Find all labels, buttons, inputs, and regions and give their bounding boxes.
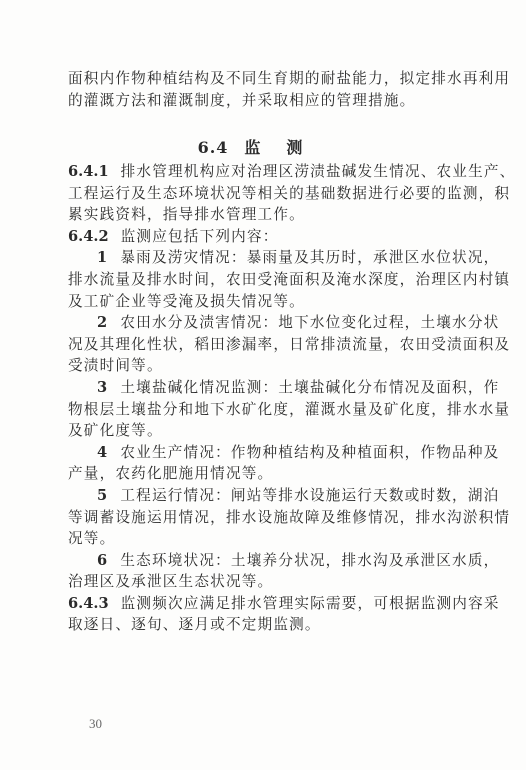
paragraph-line: 土壤盐碱化情况监测：土壤盐碱化分布情况及面积，作 [120,379,499,396]
clause-number: 6.4.3 [68,595,109,612]
list-item: 4农业生产情况：作物种植结构及种植面积，作物品种及 产量，农药化肥施用情况等。 [68,442,460,485]
list-item: 2农田水分及渍害情况：地下水位变化过程，土壤水分状 况及其理化性状，稻田渗漏率，… [68,312,460,377]
item-number: 4 [97,444,108,461]
paragraph-line: 况等。 [68,528,460,550]
clause-number: 6.4.2 [68,228,109,245]
section-title: 监测 [244,138,328,157]
paragraph-line: 况及其理化性状，稻田渗漏率，日常排渍流量，农田受渍面积及 [68,334,460,356]
paragraph-line: 受渍时间等。 [68,355,460,377]
paragraph-line: 暴雨及涝灾情况：暴雨量及其历时，承泄区水位状况， [120,249,499,266]
list-item: 5工程运行情况：闸站等排水设施运行天数或时数，湖泊 等调蓄设施运用情况，排水设施… [68,485,460,550]
paragraph-line: 生态环境状况：土壤养分状况，排水沟及承泄区水质， [120,552,499,569]
list-item: 1暴雨及涝灾情况：暴雨量及其历时，承泄区水位状况， 排水流量及排水时间，农田受淹… [68,247,460,312]
paragraph-line: 排水管理机构应对治理区涝渍盐碱发生情况、农业生产、 [121,163,516,180]
paragraph-line: 的灌溉方法和灌溉制度，并采取相应的管理措施。 [68,90,460,112]
paragraph-line: 累实践资料，指导排水管理工作。 [68,204,460,226]
paragraph-line: 等调蓄设施运用情况，排水设施故障及维修情况，排水沟淤积情 [68,507,460,529]
list-item: 3土壤盐碱化情况监测：土壤盐碱化分布情况及面积，作 物根层土壤盐分和地下水矿化度… [68,377,460,442]
page-number: 30 [89,716,102,732]
paragraph-line: 及工矿企业等受淹及损失情况等。 [68,291,460,313]
clause-lead: 监测应包括下列内容： [121,228,279,245]
paragraph-line: 治理区及承泄区生态状况等。 [68,571,460,593]
section-heading: 6.4监测 [0,135,526,158]
paragraph-line: 取逐日、逐旬、逐月或不定期监测。 [68,614,460,636]
paragraph-line: 物根层土壤盐分和地下水矿化度，灌溉水量及矿化度，排水水量 [68,399,460,421]
item-number: 1 [97,249,108,266]
clause-6-4-3: 6.4.3监测频次应满足排水管理实际需要，可根据监测内容采 取逐日、逐旬、逐月或… [68,593,460,636]
paragraph-line: 及矿化度等。 [68,420,460,442]
clause-6-4-1: 6.4.1排水管理机构应对治理区涝渍盐碱发生情况、农业生产、 工程运行及生态环境… [68,161,460,226]
item-number: 3 [97,379,108,396]
paragraph-line: 面积内作物种植结构及不同生育期的耐盐能力，拟定排水再利用 [68,68,460,90]
clause-number: 6.4.1 [68,163,109,180]
item-number: 2 [97,314,108,331]
section-number: 6.4 [198,138,229,157]
paragraph-line: 工程运行情况：闸站等排水设施运行天数或时数，湖泊 [120,487,499,504]
intro-paragraph: 面积内作物种植结构及不同生育期的耐盐能力，拟定排水再利用 的灌溉方法和灌溉制度，… [68,68,460,111]
list-item: 6生态环境状况：土壤养分状况，排水沟及承泄区水质， 治理区及承泄区生态状况等。 [68,550,460,593]
paragraph-line: 农田水分及渍害情况：地下水位变化过程，土壤水分状 [120,314,499,331]
paragraph-line: 工程运行及生态环境状况等相关的基础数据进行必要的监测，积 [68,183,460,205]
paragraph-line: 监测频次应满足排水管理实际需要，可根据监测内容采 [121,595,500,612]
item-number: 6 [97,552,108,569]
item-number: 5 [97,487,108,504]
paragraph-line: 农业生产情况：作物种植结构及种植面积，作物品种及 [120,444,499,461]
paragraph-line: 产量，农药化肥施用情况等。 [68,463,460,485]
document-page: 面积内作物种植结构及不同生育期的耐盐能力，拟定排水再利用 的灌溉方法和灌溉制度，… [0,0,526,770]
clauses-body: 6.4.1排水管理机构应对治理区涝渍盐碱发生情况、农业生产、 工程运行及生态环境… [68,161,460,636]
clause-6-4-2: 6.4.2监测应包括下列内容： 1暴雨及涝灾情况：暴雨量及其历时，承泄区水位状况… [68,226,460,593]
paragraph-line: 排水流量及排水时间，农田受淹面积及淹水深度，治理区内村镇 [68,269,460,291]
